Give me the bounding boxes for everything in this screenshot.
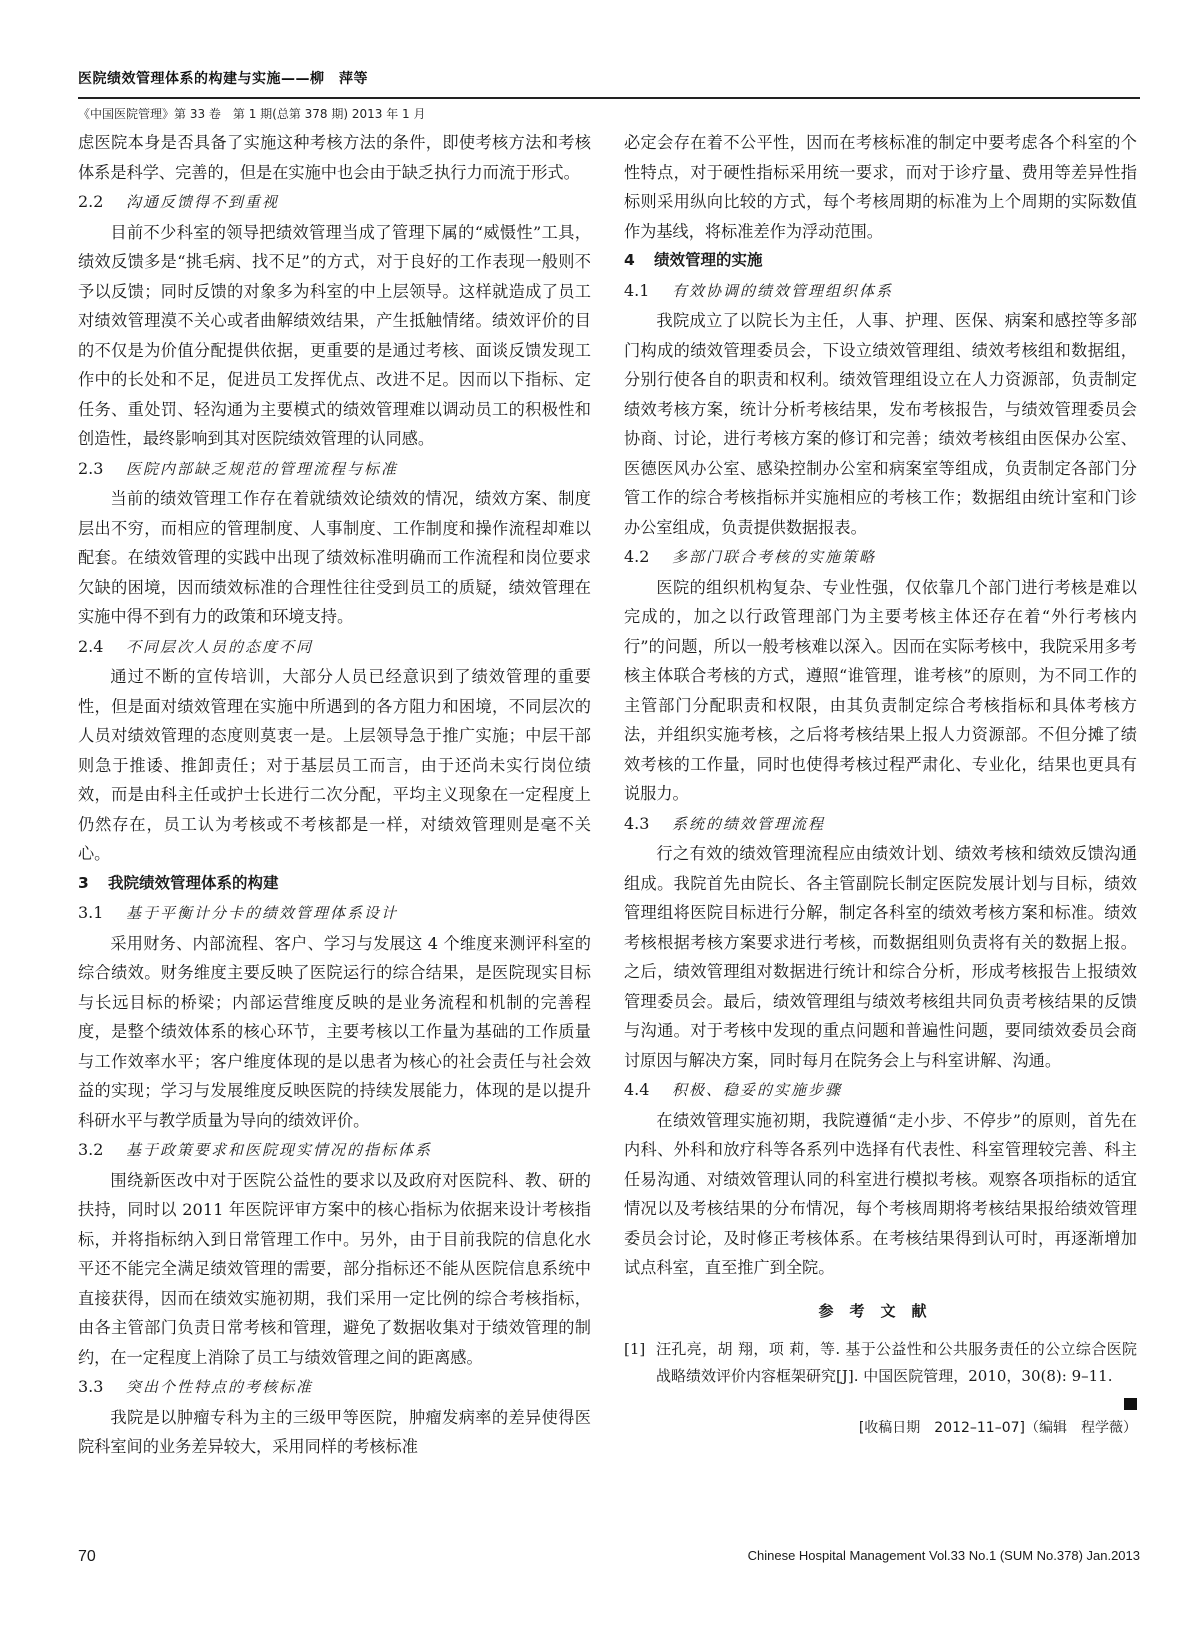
page-number: 70 (78, 1548, 96, 1566)
section-heading-4-4: 4.4积极、稳妥的实施步骤 (624, 1075, 1137, 1106)
footer-journal-citation: Chinese Hospital Management Vol.33 No.1 … (748, 1548, 1140, 1563)
left-column: 虑医院本身是否具备了实施这种考核方法的条件，即使考核方法和考核体系是科学、完善的… (78, 128, 591, 1462)
section-heading-4-3: 4.3系统的绩效管理流程 (624, 809, 1137, 840)
reference-number: [1] (624, 1336, 656, 1390)
paragraph-4-4: 在绩效管理实施初期，我院遵循“走小步、不停步”的原则，首先在内科、外科和放疗科等… (624, 1106, 1137, 1283)
header-rule (78, 97, 1140, 99)
journal-issue-line: 《中国医院管理》第 33 卷 第 1 期(总第 378 期) 2013 年 1 … (78, 105, 1140, 122)
section-heading-2-2: 2.2沟通反馈得不到重视 (78, 187, 591, 218)
paragraph-2-2: 目前不少科室的领导把绩效管理当成了管理下属的“威慑性”工具，绩效反馈多是“挑毛病… (78, 218, 591, 454)
paragraph-continuation: 必定会存在着不公平性，因而在考核标准的制定中要考虑各个科室的个性特点，对于硬性指… (624, 128, 1137, 246)
running-head-title: 医院绩效管理体系的构建与实施——柳 萍等 (78, 68, 1140, 88)
section-heading-3: 3我院绩效管理体系的构建 (78, 869, 591, 899)
section-heading-4: 4绩效管理的实施 (624, 246, 1137, 276)
received-date-editor: [收稿日期 2012–11–07]（编辑 程学薇） (624, 1414, 1137, 1444)
section-heading-2-3: 2.3医院内部缺乏规范的管理流程与标准 (78, 454, 591, 485)
paragraph-3-1: 采用财务、内部流程、客户、学习与发展这 4 个维度来测评科室的综合绩效。财务维度… (78, 929, 591, 1136)
reference-item: [1] 汪孔亮，胡 翔，项 莉，等. 基于公益性和公共服务责任的公立综合医院战略… (624, 1336, 1137, 1390)
reference-text: 汪孔亮，胡 翔，项 莉，等. 基于公益性和公共服务责任的公立综合医院战略绩效评价… (656, 1336, 1137, 1390)
section-heading-3-1: 3.1基于平衡计分卡的绩效管理体系设计 (78, 898, 591, 929)
running-head: 医院绩效管理体系的构建与实施——柳 萍等 《中国医院管理》第 33 卷 第 1 … (78, 68, 1140, 122)
paragraph-3-2: 围绕新医改中对于医院公益性的要求以及政府对医院科、教、研的扶持，同时以 2011… (78, 1166, 591, 1373)
paragraph-continuation: 虑医院本身是否具备了实施这种考核方法的条件，即使考核方法和考核体系是科学、完善的… (78, 128, 591, 187)
paragraph-2-4: 通过不断的宣传培训，大部分人员已经意识到了绩效管理的重要性，但是面对绩效管理在实… (78, 662, 591, 869)
paragraph-3-3: 我院是以肿瘤专科为主的三级甲等医院，肿瘤发病率的差异使得医院科室间的业务差异较大… (78, 1403, 591, 1462)
right-column: 必定会存在着不公平性，因而在考核标准的制定中要考虑各个科室的个性特点，对于硬性指… (624, 128, 1137, 1444)
references-heading: 参考文献 (624, 1297, 1137, 1327)
section-heading-4-1: 4.1有效协调的绩效管理组织体系 (624, 276, 1137, 307)
paragraph-4-2: 医院的组织机构复杂、专业性强，仅依靠几个部门进行考核是难以完成的，加之以行政管理… (624, 573, 1137, 809)
paragraph-2-3: 当前的绩效管理工作存在着就绩效论绩效的情况，绩效方案、制度层出不穷，而相应的管理… (78, 484, 591, 632)
section-heading-4-2: 4.2多部门联合考核的实施策略 (624, 542, 1137, 573)
end-of-article-mark-icon (1124, 1398, 1137, 1410)
section-heading-3-3: 3.3突出个性特点的考核标准 (78, 1372, 591, 1403)
paragraph-4-1: 我院成立了以院长为主任，人事、护理、医保、病案和感控等多部门构成的绩效管理委员会… (624, 306, 1137, 542)
section-heading-3-2: 3.2基于政策要求和医院现实情况的指标体系 (78, 1135, 591, 1166)
section-heading-2-4: 2.4不同层次人员的态度不同 (78, 632, 591, 663)
paragraph-4-3: 行之有效的绩效管理流程应由绩效计划、绩效考核和绩效反馈沟通组成。我院首先由院长、… (624, 839, 1137, 1075)
